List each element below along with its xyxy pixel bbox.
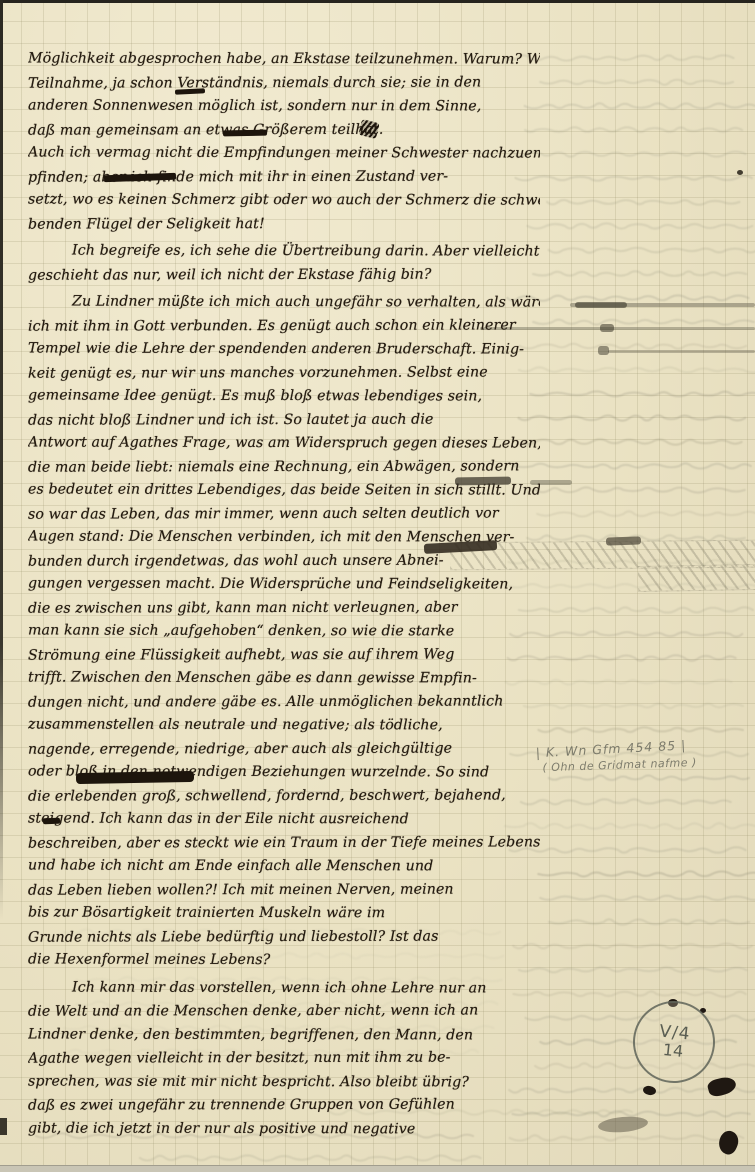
paragraph: Ich begreife es, ich sehe die Übertreibu… bbox=[28, 240, 540, 287]
verso-strike-bleed bbox=[575, 302, 627, 308]
ink-smear bbox=[455, 477, 511, 486]
handwriting-line: anderen Sonnenwesen möglich ist, sondern… bbox=[28, 94, 540, 119]
handwriting-line: und habe ich nicht am Ende einfach alle … bbox=[28, 854, 540, 879]
scan-edge-bottom bbox=[0, 1165, 755, 1172]
ink-strikethrough bbox=[223, 130, 267, 137]
handwriting-line: Grunde nichts als Liebe bedürftig und li… bbox=[28, 925, 540, 950]
edge-mark bbox=[0, 1118, 7, 1135]
handwriting-line: gibt, die ich jetzt in der nur als posit… bbox=[28, 1117, 540, 1138]
handwriting-line: nagende, erregende, niedrige, aber auch … bbox=[28, 737, 540, 762]
handwriting-line: steigend. Ich kann das in der Eile nicht… bbox=[28, 807, 540, 832]
handwriting-line: so war das Leben, das mir immer, wenn au… bbox=[28, 502, 540, 527]
verso-crossout-bleed bbox=[638, 564, 755, 592]
handwriting-line: bis zur Bösartigkeit trainierten Muskeln… bbox=[28, 901, 540, 926]
stamp-number-bottom: 14 bbox=[662, 1041, 684, 1061]
scan-edge-top bbox=[0, 0, 755, 3]
handwriting-line: Möglichkeit abgesprochen habe, an Ekstas… bbox=[28, 48, 540, 72]
handwriting-line: dungen nicht, und andere gäbe es. Alle u… bbox=[28, 690, 540, 715]
handwriting-line: zusammenstellen als neutrale und negativ… bbox=[28, 713, 540, 738]
handwriting-line: bunden durch irgendetwas, das wohl auch … bbox=[28, 549, 540, 574]
handwriting-line: die Welt und an die Menschen denke, aber… bbox=[28, 999, 540, 1024]
ink-blot bbox=[715, 1128, 742, 1157]
verso-strike-bleed bbox=[598, 346, 609, 355]
handwriting-line: trifft. Zwischen den Menschen gäbe es da… bbox=[28, 666, 540, 691]
ink-smear bbox=[597, 1115, 648, 1134]
handwriting-text-block: Möglichkeit abgesprochen habe, an Ekstas… bbox=[28, 48, 540, 1138]
handwriting-line: Auch ich vermag nicht die Empfindungen m… bbox=[28, 141, 540, 166]
handwriting-line: das nicht bloß Lindner und ich ist. So l… bbox=[28, 408, 540, 433]
ink-smear bbox=[606, 536, 641, 545]
handwriting-line: Zu Lindner müßte ich mich auch ungefähr … bbox=[28, 290, 540, 315]
handwriting-line: ich mit ihm in Gott verbunden. Es genügt… bbox=[28, 314, 540, 339]
verso-strike-bleed bbox=[570, 303, 755, 307]
handwriting-line: keit genügt es, nur wir uns manches vorz… bbox=[28, 361, 540, 386]
handwriting-line: gemeinsame Idee genügt. Es muß bloß etwa… bbox=[28, 384, 540, 409]
ink-blot bbox=[642, 1085, 656, 1096]
paragraph: Möglichkeit abgesprochen habe, an Ekstas… bbox=[28, 48, 540, 236]
handwriting-line: daß es zwei ungefähr zu trennende Gruppe… bbox=[28, 1093, 540, 1118]
handwriting-line: Ich kann mir das vorstellen, wenn ich oh… bbox=[28, 976, 540, 1001]
handwriting-line: man kann sie sich „aufgehoben“ denken, s… bbox=[28, 619, 540, 644]
handwriting-line: Tempel wie die Lehre der spendenden ande… bbox=[28, 337, 540, 362]
paragraph: Ich kann mir das vorstellen, wenn ich oh… bbox=[28, 977, 540, 1139]
ink-blot bbox=[737, 170, 743, 175]
handwriting-line: benden Flügel der Seligkeit hat! bbox=[28, 212, 540, 237]
archive-shelfmark-note: | K. Wn Gfm 454 85 | ( Ohn de Gridmat na… bbox=[535, 735, 736, 776]
handwriting-line: beschreiben, aber es steckt wie ein Trau… bbox=[28, 831, 540, 856]
handwriting-line: Agathe wegen vielleicht in der besitzt, … bbox=[28, 1046, 540, 1071]
handwriting-line: Strömung eine Flüssigkeit aufhebt, was s… bbox=[28, 643, 540, 668]
shelfmark-subtext: ( Ohn de Gridmat nafme ) bbox=[536, 755, 736, 775]
verso-strike-bleed bbox=[608, 350, 755, 353]
handwriting-line: das Leben lieben wollen?! Ich mit meinen… bbox=[28, 878, 540, 903]
handwriting-line: Ich begreife es, ich sehe die Übertreibu… bbox=[28, 239, 540, 264]
handwriting-line: die man beide liebt: niemals eine Rechnu… bbox=[28, 455, 540, 480]
handwriting-line: Teilnahme, ja schon Verständnis, niemals… bbox=[28, 71, 540, 96]
handwriting-line: sprechen, was sie mit mir nicht besprich… bbox=[28, 1070, 540, 1095]
handwriting-line: daß man gemeinsam an etwas Größerem teil… bbox=[28, 118, 540, 143]
ink-strikethrough bbox=[43, 818, 60, 825]
verso-strike-bleed bbox=[600, 324, 614, 332]
manuscript-scan: Möglichkeit abgesprochen habe, an Ekstas… bbox=[0, 0, 755, 1172]
handwriting-line: gungen vergessen macht. Die Widersprüche… bbox=[28, 572, 540, 597]
handwriting-line: Antwort auf Agathes Frage, was am Widers… bbox=[28, 431, 540, 456]
paragraph: Zu Lindner müßte ich mich auch ungefähr … bbox=[28, 291, 540, 973]
scan-edge-left bbox=[0, 0, 3, 920]
shelfmark-text: | K. Wn Gfm 454 85 | bbox=[535, 737, 686, 760]
handwriting-line: die erlebenden groß, schwellend, fordern… bbox=[28, 784, 540, 809]
ink-strikethrough bbox=[76, 771, 194, 784]
handwriting-line: geschieht das nur, weil ich nicht der Ek… bbox=[28, 263, 540, 288]
ink-blot bbox=[706, 1075, 737, 1099]
handwriting-line: Lindner denke, den bestimmten, begriffen… bbox=[28, 1023, 540, 1048]
handwriting-line: die es zwischen uns gibt, kann man nicht… bbox=[28, 596, 540, 621]
handwriting-line: die Hexenformel meines Lebens? bbox=[28, 948, 540, 973]
handwriting-line: setzt, wo es keinen Schmerz gibt oder wo… bbox=[28, 188, 540, 213]
